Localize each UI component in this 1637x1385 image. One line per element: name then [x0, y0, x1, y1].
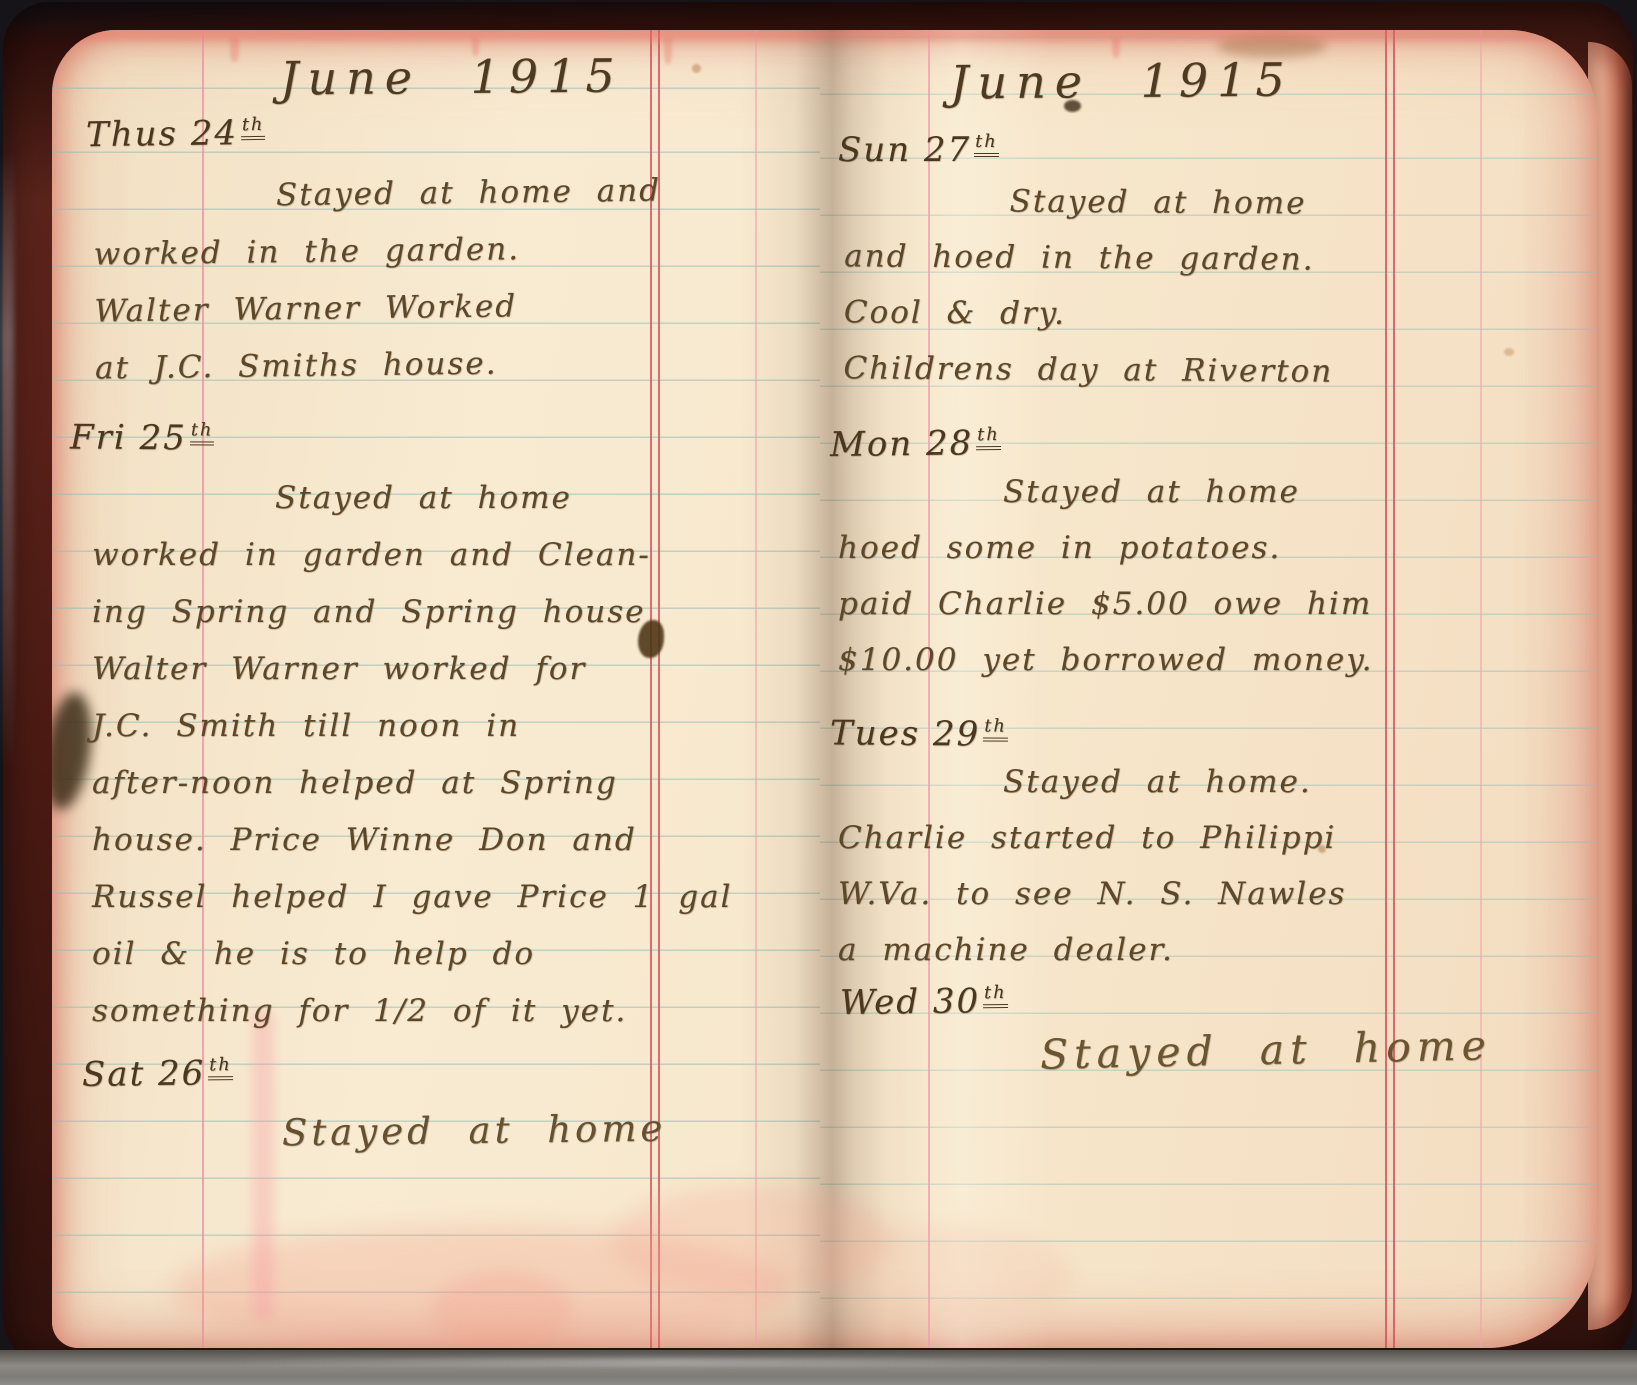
dye-drip — [664, 38, 672, 64]
entry-day-heading: Sat 26th — [82, 1053, 233, 1095]
entry-line: Walter Warner Worked — [94, 277, 663, 341]
entry-body: Stayed at home — [1039, 1017, 1492, 1083]
scanner-mat — [0, 1350, 1637, 1385]
entry-day-suffix: th — [241, 115, 266, 140]
entry-day-heading: Thus 24th — [86, 113, 266, 155]
edge-dye-stain — [52, 30, 1597, 41]
entry-line: something for 1/2 of it yet. — [92, 983, 732, 1040]
page-title: June 1915 — [950, 53, 1294, 110]
entry-line: Stayed at home — [92, 470, 732, 527]
entry-body: Stayed at home — [282, 1100, 667, 1162]
entry-line: Walter Warner worked for — [92, 641, 732, 698]
entry-day-text: Tues 29 — [830, 713, 980, 754]
entry-day-suffix: th — [190, 420, 215, 445]
diary-photo: June 1915 Thus 24th Stayed at home and w… — [0, 0, 1637, 1385]
entry-day-text: Sat 26 — [82, 1053, 206, 1095]
entry-body: Stayed at home hoed some in potatoes. pa… — [838, 464, 1374, 688]
entry-line: paid Charlie $5.00 owe him — [838, 576, 1374, 632]
mat-reflection — [220, 1358, 1120, 1366]
entry-day-heading: Wed 30th — [840, 981, 1008, 1023]
margin-line-right-red-1 — [1385, 30, 1387, 1348]
entry-day-text: Wed 30 — [840, 981, 981, 1023]
page-title: June 1915 — [280, 49, 624, 106]
entry-line: Russel helped I gave Price 1 gal — [92, 869, 732, 926]
pink-streak-stain — [252, 1010, 274, 1320]
entry-day-heading: Mon 28th — [830, 423, 1001, 465]
entry-line: Stayed at home. — [838, 754, 1346, 810]
entry-line: at J.C. Smiths house. — [95, 334, 664, 398]
entry-line: oil & he is to help do — [92, 926, 732, 983]
entry-body: Stayed at home. Charlie started to Phili… — [838, 754, 1346, 978]
entry-body: Stayed at home and worked in the garden.… — [93, 163, 664, 398]
entry-day-text: Thus 24 — [86, 113, 238, 155]
entry-line: house. Price Winne Don and — [92, 812, 732, 869]
entry-line: Charlie started to Philippi — [838, 810, 1346, 866]
entry-line: hoed some in potatoes. — [838, 520, 1374, 576]
entry-day-suffix: th — [208, 1055, 233, 1080]
entry-body: Stayed at home and hoed in the garden. C… — [843, 172, 1334, 399]
entry-day-text: Fri 25 — [70, 417, 187, 458]
entry-line: W.Va. to see N. S. Nawles — [838, 866, 1346, 922]
entry-line: a machine dealer. — [838, 922, 1346, 978]
entry-line: Stayed at home — [282, 1100, 667, 1162]
margin-line-right-faint — [1480, 30, 1482, 1348]
entry-day-text: Sun 27 — [838, 130, 971, 170]
entry-day-heading: Sun 27th — [838, 130, 999, 170]
entry-day-suffix: th — [976, 425, 1001, 450]
entry-line: J.C. Smith till noon in — [92, 698, 732, 755]
entry-day-suffix: th — [983, 716, 1008, 741]
foxing-spot — [1504, 348, 1514, 356]
entry-line: worked in the garden. — [93, 220, 662, 284]
page-spread: June 1915 Thus 24th Stayed at home and w… — [52, 30, 1597, 1348]
entry-line: Cool & dry. — [844, 284, 1334, 343]
entry-line: Stayed at home and — [93, 163, 662, 227]
entry-line: Stayed at home — [1039, 1017, 1492, 1083]
water-stain — [432, 1270, 572, 1348]
entry-line: and hoed in the garden. — [844, 228, 1334, 287]
entry-line: Stayed at home — [844, 172, 1334, 231]
entry-line: Stayed at home — [838, 464, 1374, 520]
entry-line: after-noon helped at Spring — [92, 755, 732, 812]
water-stain — [812, 1225, 1072, 1325]
entry-line: $10.00 yet borrowed money. — [838, 632, 1374, 688]
margin-line-right-red-2 — [1393, 30, 1395, 1348]
dye-drip — [230, 38, 239, 62]
entry-day-suffix: th — [974, 132, 998, 157]
foxing-spot — [692, 64, 701, 73]
entry-day-suffix: th — [983, 983, 1008, 1008]
entry-body: Stayed at home worked in garden and Clea… — [92, 470, 732, 1040]
entry-line: Childrens day at Riverton — [843, 340, 1333, 399]
entry-day-text: Mon 28 — [830, 423, 974, 465]
entry-day-heading: Fri 25th — [70, 417, 215, 458]
entry-line: worked in garden and Clean- — [92, 527, 732, 584]
entry-day-heading: Tues 29th — [830, 713, 1008, 754]
plastic-sleeve-sheen — [0, 150, 14, 770]
entry-line: ing Spring and Spring house — [92, 584, 732, 641]
